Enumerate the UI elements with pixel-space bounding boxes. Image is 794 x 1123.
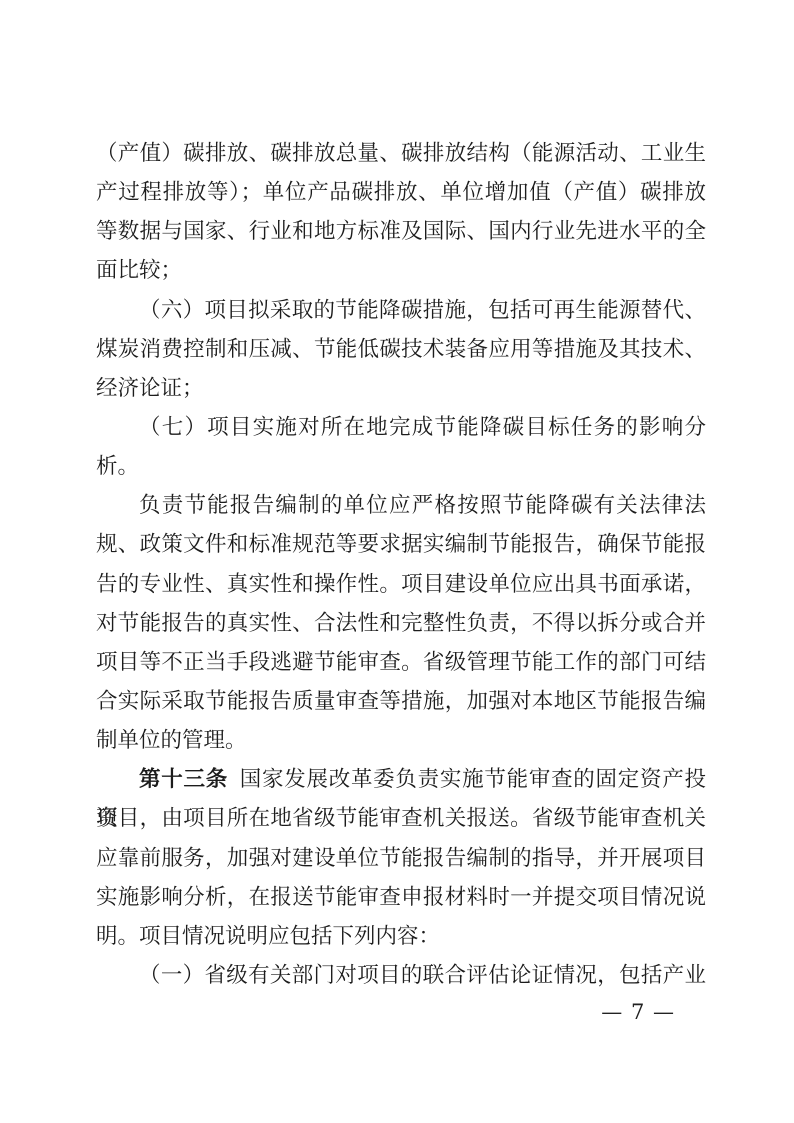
text-line-article-13: 第十三条国家发展改革委负责实施节能审查的固定资产投资 [96,760,706,799]
text-line: 煤炭消费控制和压减、节能低碳技术装备应用等措施及其技术、 [96,330,706,369]
text-line: 项目等不正当手段逃避节能审查。省级管理节能工作的部门可结 [96,643,706,682]
text-line: 负责节能报告编制的单位应严格按照节能降碳有关法律法 [96,486,706,525]
text-line: 制单位的管理。 [96,721,706,760]
text-line: 经济论证； [96,369,706,408]
text-line: 明。项目情况说明应包括下列内容： [96,917,706,956]
text-line: 告的专业性、真实性和操作性。项目建设单位应出具书面承诺， [96,565,706,604]
text-line: 项目，由项目所在地省级节能审查机关报送。省级节能审查机关 [96,799,706,838]
text-line: 产过程排放等）；单位产品碳排放、单位增加值（产值）碳排放 [96,173,706,212]
article-number: 第十三条 [139,767,228,792]
text-line-item-6: （六）项目拟采取的节能降碳措施，包括可再生能源替代、 [96,291,706,330]
text-line-item-7: （七）项目实施对所在地完成节能降碳目标任务的影响分 [96,408,706,447]
document-page: （产值）碳排放、碳排放总量、碳排放结构（能源活动、工业生 产过程排放等）；单位产… [0,0,794,1123]
page-number: — 7 — [601,1000,675,1024]
text-line: 等数据与国家、行业和地方标准及国际、国内行业先进水平的全 [96,212,706,251]
text-line: 析。 [96,447,706,486]
text-line: 应靠前服务，加强对建设单位节能报告编制的指导，并开展项目 [96,839,706,878]
text-line: 合实际采取节能报告质量审查等措施，加强对本地区节能报告编 [96,682,706,721]
text-line: 规、政策文件和标准规范等要求据实编制节能报告，确保节能报 [96,525,706,564]
text-line: 面比较； [96,251,706,290]
text-line: 实施影响分析，在报送节能审查申报材料时一并提交项目情况说 [96,878,706,917]
text-line: 对节能报告的真实性、合法性和完整性负责，不得以拆分或合并 [96,604,706,643]
document-body: （产值）碳排放、碳排放总量、碳排放结构（能源活动、工业生 产过程排放等）；单位产… [96,134,706,995]
text-line-item-1: （一）省级有关部门对项目的联合评估论证情况，包括产业 [96,956,706,995]
text-line: （产值）碳排放、碳排放总量、碳排放结构（能源活动、工业生 [96,134,706,173]
